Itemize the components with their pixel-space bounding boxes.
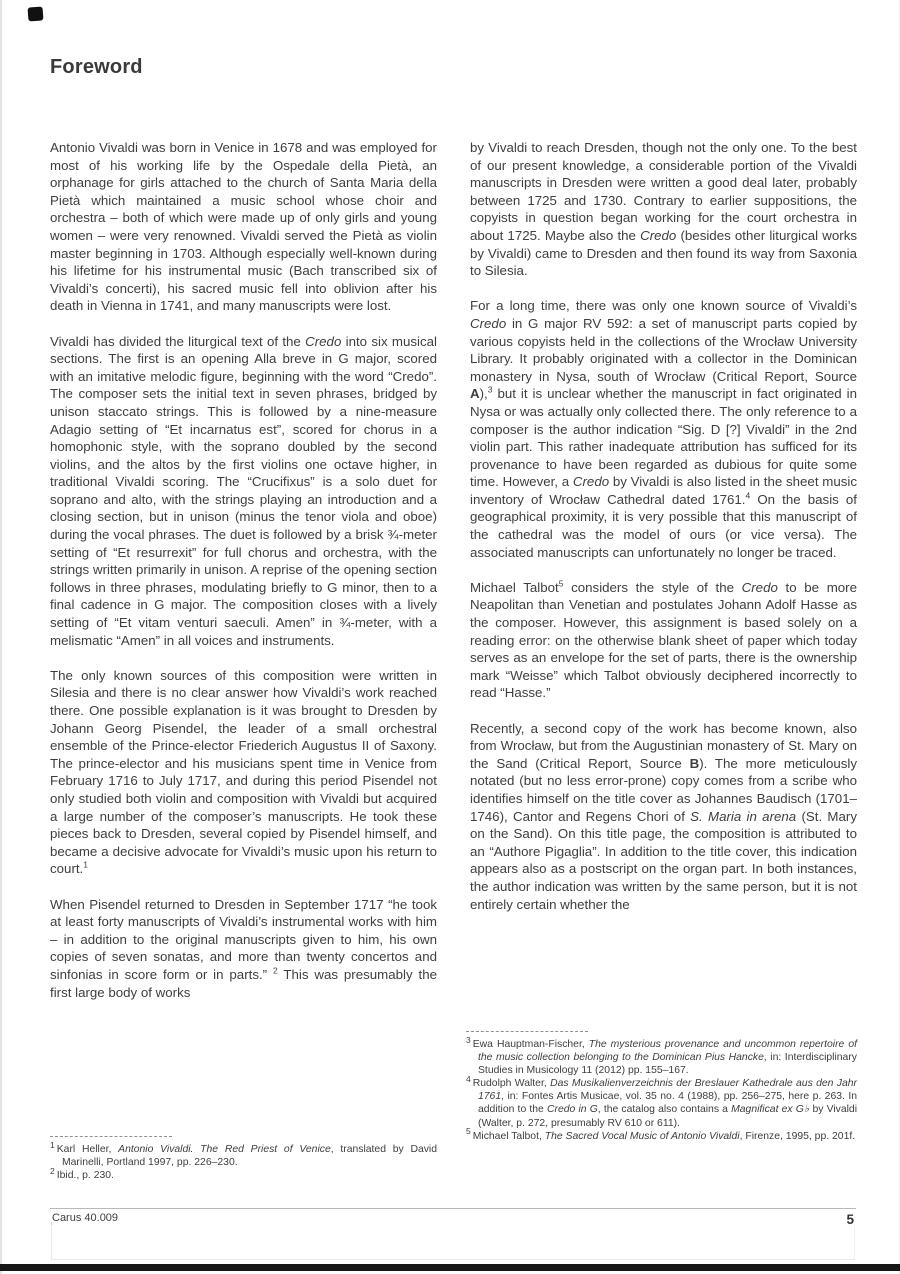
text-run: into six musical sections. The first is …: [50, 334, 437, 648]
text-run: The only known sources of this compositi…: [50, 668, 437, 877]
paragraph: Vivaldi has divided the liturgical text …: [50, 333, 437, 650]
text-run: Michael Talbot: [470, 580, 559, 595]
text-run: Credo: [573, 474, 609, 489]
text-run: Antonio Vivaldi was born in Venice in 16…: [50, 140, 437, 313]
text-run: in G major RV 592: a set of manuscript p…: [470, 316, 857, 384]
footnote-separator: [466, 1031, 588, 1032]
document-page: Foreword Antonio Vivaldi was born in Ven…: [0, 0, 900, 1274]
footnote-list: 3Ewa Hauptman-Fischer, The mysterious pr…: [466, 1038, 857, 1143]
footnote-separator: [50, 1136, 172, 1137]
paragraph: Antonio Vivaldi was born in Venice in 16…: [50, 139, 437, 315]
paragraph: Michael Talbot5 considers the style of t…: [470, 579, 857, 702]
text-run: Credo: [470, 316, 506, 331]
footnote: 5Michael Talbot, The Sacred Vocal Music …: [466, 1130, 857, 1143]
text-run: Credo: [742, 580, 778, 595]
footnote-marker: 2: [50, 1166, 55, 1176]
text-run: to be more Neapolitan than Venetian and …: [470, 580, 857, 701]
text-run: Antonio Vivaldi. The Red Priest of Venic…: [118, 1144, 331, 1155]
text-run: considers the style of the: [563, 580, 741, 595]
text-run: Ewa Hauptman-Fischer,: [473, 1039, 589, 1050]
right-column: by Vivaldi to reach Dresden, though not …: [470, 139, 857, 1019]
left-footnotes: 1Karl Heller, Antonio Vivaldi. The Red P…: [50, 1136, 437, 1182]
text-run: Michael Talbot,: [473, 1131, 545, 1142]
footer-rule: [50, 1208, 856, 1209]
text-run: Vivaldi has divided the liturgical text …: [50, 334, 305, 349]
text-run: The Sacred Vocal Music of Antonio Vivald…: [545, 1131, 740, 1142]
edition-number: Carus 40.009: [50, 1212, 118, 1224]
paragraph: The only known sources of this compositi…: [50, 667, 437, 878]
text-run: ),: [480, 386, 488, 401]
text-run: , the catalog also contains a: [598, 1104, 731, 1115]
text-run: Magnificat ex G♭: [731, 1104, 809, 1115]
right-footnotes: 3Ewa Hauptman-Fischer, The mysterious pr…: [466, 1031, 857, 1143]
text-run: Credo: [305, 334, 341, 349]
text-run: 1: [83, 860, 88, 870]
footnote: 1Karl Heller, Antonio Vivaldi. The Red P…: [50, 1143, 437, 1169]
left-column: Antonio Vivaldi was born in Venice in 16…: [50, 139, 437, 1019]
text-run: Rudolph Walter,: [473, 1078, 550, 1089]
footnote-marker: 3: [466, 1035, 471, 1045]
paragraph: Recently, a second copy of the work has …: [470, 720, 857, 914]
footer-box: [51, 1225, 855, 1260]
paragraph: For a long time, there was only one know…: [470, 297, 857, 561]
scan-bottom-bar: [0, 1264, 900, 1271]
text-run: B: [690, 756, 700, 771]
page-title: Foreword: [50, 56, 143, 79]
text-run: , Firenze, 1995, pp. 201f.: [740, 1131, 856, 1142]
text-columns: Antonio Vivaldi was born in Venice in 16…: [50, 139, 857, 1019]
scan-left-edge: [0, 0, 2, 1274]
paragraph: by Vivaldi to reach Dresden, though not …: [470, 139, 857, 280]
text-run: Credo: [640, 228, 676, 243]
footnote: 3Ewa Hauptman-Fischer, The mysterious pr…: [466, 1038, 857, 1077]
footnote-marker: 5: [466, 1126, 471, 1136]
text-run: (St. Mary on the Sand). On this title pa…: [470, 809, 857, 912]
footnote-list: 1Karl Heller, Antonio Vivaldi. The Red P…: [50, 1143, 437, 1182]
text-run: S. Maria in arena: [690, 809, 796, 824]
footnote-marker: 4: [466, 1074, 471, 1084]
paragraph: When Pisendel returned to Dresden in Sep…: [50, 896, 437, 1002]
text-run: Karl Heller,: [57, 1144, 118, 1155]
text-run: Credo in G: [547, 1104, 598, 1115]
footnote-marker: 1: [50, 1140, 55, 1150]
footnote: 2Ibid., p. 230.: [50, 1169, 437, 1182]
text-run: Ibid., p. 230.: [57, 1170, 114, 1181]
footnote: 4Rudolph Walter, Das Musikalienverzeichn…: [466, 1077, 857, 1129]
scan-corner-mark: [28, 6, 44, 21]
text-run: For a long time, there was only one know…: [470, 298, 857, 313]
text-run: A: [470, 386, 480, 401]
